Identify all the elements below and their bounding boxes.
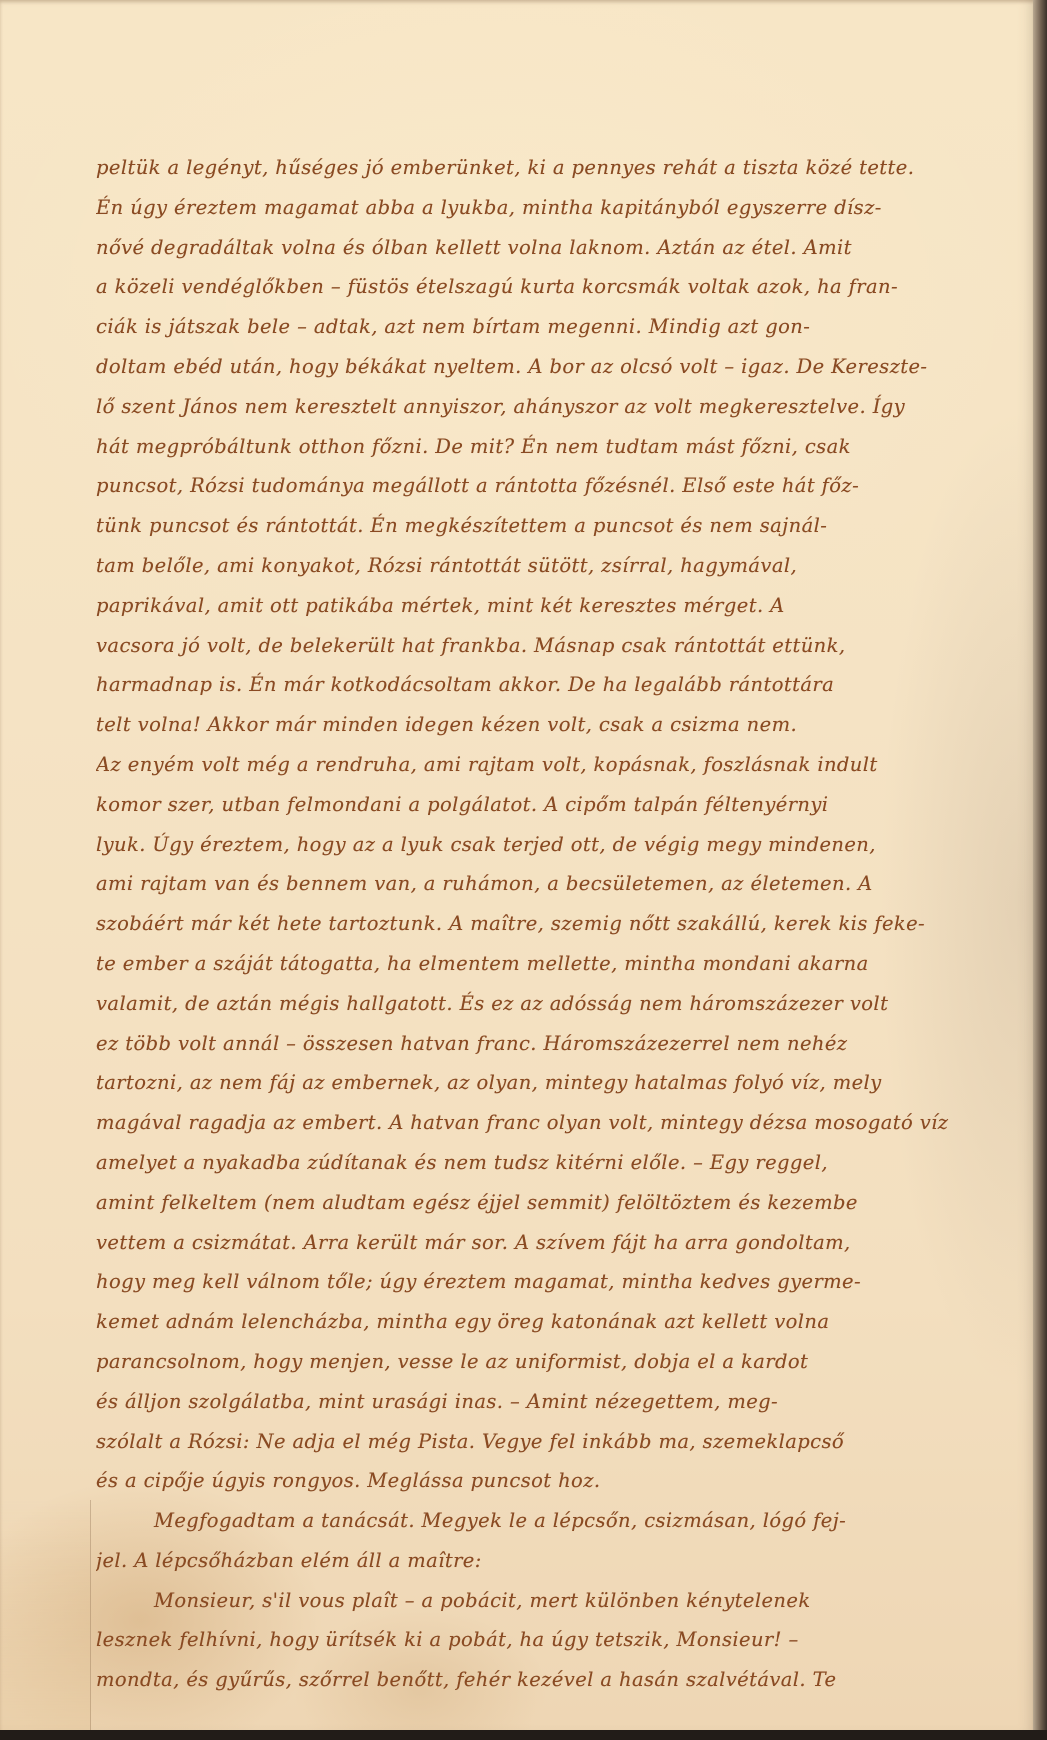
manuscript-line: lő szent János nem keresztelt annyiszor,… [96, 387, 1026, 427]
manuscript-line: Monsieur, s'il vous plaît – a pobácit, m… [96, 1581, 1026, 1621]
manuscript-line: komor szer, utban felmondani a polgálato… [96, 785, 1026, 825]
manuscript-line: peltük a legényt, hűséges jó emberünket,… [96, 148, 1026, 188]
manuscript-line: puncsot, Rózsi tudománya megállott a rán… [96, 466, 1026, 506]
manuscript-line: harmadnap is. Én már kotkodácsoltam akko… [96, 665, 1026, 705]
manuscript-line: ez több volt annál – összesen hatvan fra… [96, 1024, 1026, 1064]
manuscript-line: valamit, de aztán mégis hallgatott. És e… [96, 984, 1026, 1024]
manuscript-line: Az enyém volt még a rendruha, ami rajtam… [96, 745, 1026, 785]
manuscript-line: te ember a száját tátogatta, ha elmentem… [96, 944, 1026, 984]
manuscript-line: nővé degradáltak volna és ólban kellett … [96, 228, 1026, 268]
manuscript-line: vacsora jó volt, de belekerült hat frank… [96, 626, 1026, 666]
manuscript-page: peltük a legényt, hűséges jó emberünket,… [0, 0, 1035, 1732]
page-bottom-edge [0, 1730, 1047, 1740]
page-right-edge [1033, 0, 1047, 1740]
manuscript-line: doltam ebéd után, hogy békákat nyeltem. … [96, 347, 1026, 387]
handwritten-text-block: peltük a legényt, hűséges jó emberünket,… [96, 148, 1026, 1700]
manuscript-line: jel. A lépcsőházban elém áll a maître: [96, 1541, 1026, 1581]
manuscript-line: amint felkeltem (nem aludtam egész éjjel… [96, 1183, 1026, 1223]
manuscript-line: és a cipője úgyis rongyos. Meglássa punc… [96, 1461, 1026, 1501]
folded-corner-stain [0, 1500, 91, 1740]
manuscript-line: telt volna! Akkor már minden idegen kéze… [96, 705, 1026, 745]
manuscript-line: Én úgy éreztem magamat abba a lyukba, mi… [96, 188, 1026, 228]
manuscript-line: és álljon szolgálatba, mint urasági inas… [96, 1382, 1026, 1422]
manuscript-line: mondta, és gyűrűs, szőrrel benőtt, fehér… [96, 1660, 1026, 1700]
manuscript-line: tartozni, az nem fáj az embernek, az oly… [96, 1063, 1026, 1103]
manuscript-line: lyuk. Úgy éreztem, hogy az a lyuk csak t… [96, 825, 1026, 865]
manuscript-line: Megfogadtam a tanácsát. Megyek le a lépc… [96, 1501, 1026, 1541]
manuscript-line: tam belőle, ami konyakot, Rózsi rántottá… [96, 546, 1026, 586]
manuscript-line: magával ragadja az embert. A hatvan fran… [96, 1103, 1026, 1143]
manuscript-line: kemet adnám lelencházba, mintha egy öreg… [96, 1302, 1026, 1342]
manuscript-line: ami rajtam van és bennem van, a ruhámon,… [96, 864, 1026, 904]
manuscript-line: hogy meg kell válnom tőle; úgy éreztem m… [96, 1262, 1026, 1302]
manuscript-line: tünk puncsot és rántottát. Én megkészíte… [96, 506, 1026, 546]
manuscript-line: szobáért már két hete tartoztunk. A maît… [96, 904, 1026, 944]
manuscript-line: hát megpróbáltunk otthon főzni. De mit? … [96, 427, 1026, 467]
manuscript-line: a közeli vendéglőkben – füstös ételszagú… [96, 267, 1026, 307]
manuscript-line: lesznek felhívni, hogy ürítsék ki a pobá… [96, 1620, 1026, 1660]
manuscript-line: parancsolnom, hogy menjen, vesse le az u… [96, 1342, 1026, 1382]
manuscript-line: szólalt a Rózsi: Ne adja el még Pista. V… [96, 1422, 1026, 1462]
manuscript-line: ciák is játszak bele – adtak, azt nem bí… [96, 307, 1026, 347]
manuscript-line: vettem a csizmátat. Arra került már sor.… [96, 1223, 1026, 1263]
manuscript-line: amelyet a nyakadba zúdítanak és nem tuds… [96, 1143, 1026, 1183]
manuscript-line: paprikával, amit ott patikába mértek, mi… [96, 586, 1026, 626]
